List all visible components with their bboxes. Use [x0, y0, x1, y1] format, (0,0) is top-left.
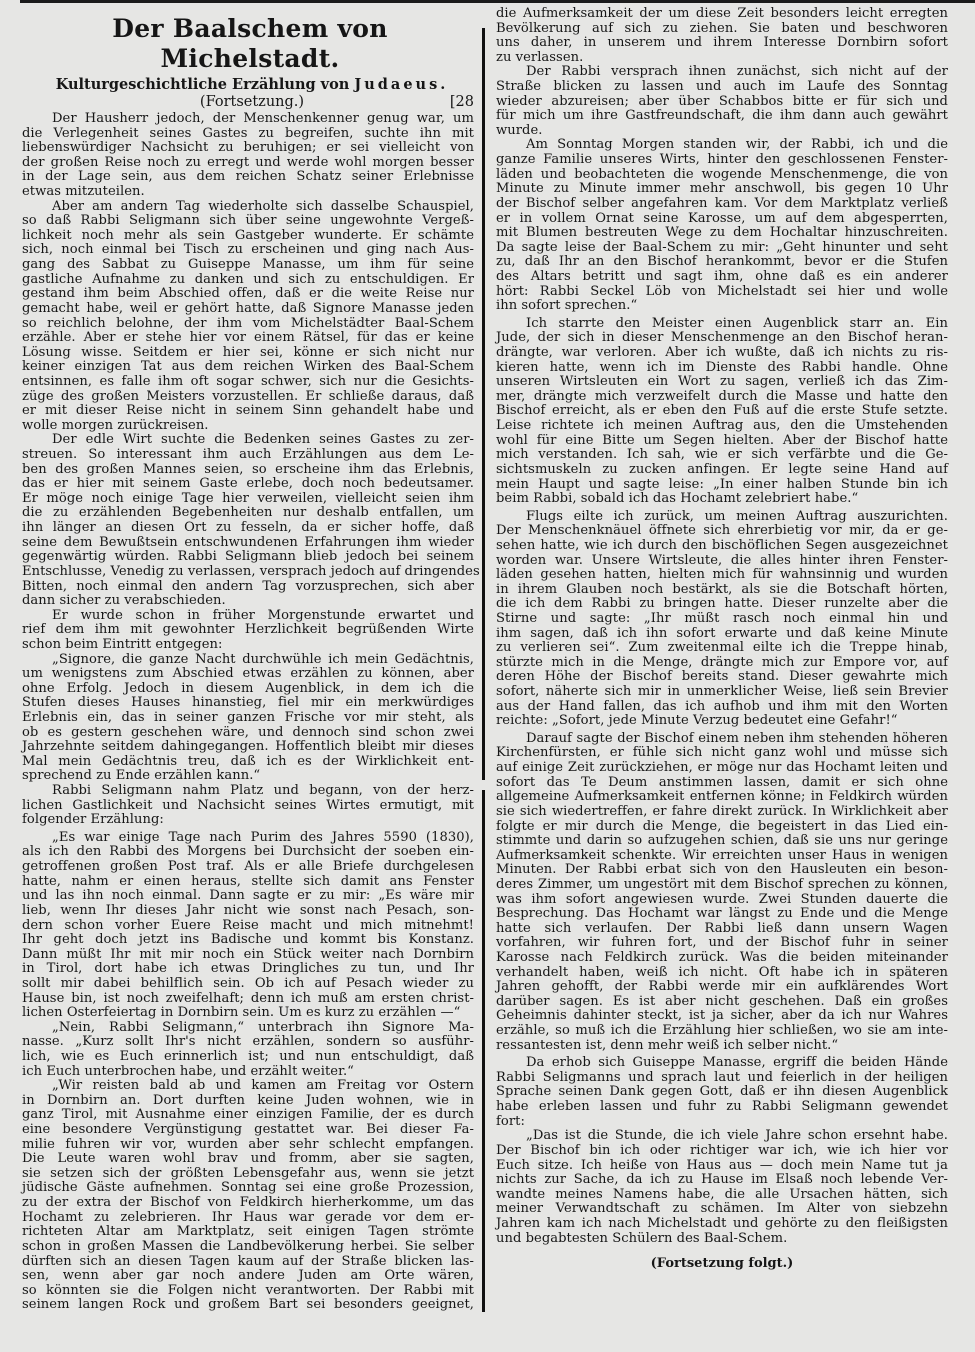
text-line: stimmte und darin so aufzugehen schien, … [496, 834, 948, 849]
text-line: Da sagte leise der Baal-Schem zu mir: „G… [496, 241, 948, 256]
text-line: ressantesten ist, denn mehr weiß ich sel… [496, 1039, 948, 1054]
paragraph: Da erhob sich Guiseppe Manasse, ergriff … [496, 1056, 948, 1129]
text-line: lichen Gastlichkeit und Nachsicht seines… [22, 799, 474, 814]
paragraph: „Signore, die ganze Nacht durchwühle ich… [22, 653, 474, 784]
left-column-text: Der Hausherr jedoch, der Menschenkenner … [22, 112, 474, 1313]
text-line: läden und beobachteten die wogende Mensc… [496, 168, 948, 183]
text-line: Der Menschenknäuel öffnete sich ehrerbie… [496, 524, 948, 539]
text-line: zu, daß Ihr an den Bischof herankommt, b… [496, 255, 948, 270]
text-line: entsinnen, es falle ihm oft sogar schwer… [22, 375, 474, 390]
paragraph: Am Sonntag Morgen standen wir, der Rabbi… [496, 138, 948, 313]
text-line: lieb, wenn Ihr dieses Jahr nicht wie son… [22, 904, 474, 919]
text-line: wandte meines Namens habe, die alle Ursa… [496, 1188, 948, 1203]
text-line: habe erleben lassen und fuhr zu Rabbi Se… [496, 1100, 948, 1115]
text-line: Minute zu Minute immer mehr anschwoll, b… [496, 182, 948, 197]
text-line: schon in großen Massen die Landbevölkeru… [22, 1240, 474, 1255]
text-line: lichkeit noch mehr als sein Gastgeber wu… [22, 229, 474, 244]
text-line: aus der Hand fallen, das ich aufhob und … [496, 700, 948, 715]
text-line: eine besondere Vergünstigung gestattet w… [22, 1123, 474, 1138]
text-line: Jahren gehofft, der Rabbi werde mir ein … [496, 980, 948, 995]
text-line: in Dornbirn an. Dort durften keine Juden… [22, 1094, 474, 1109]
continuation-line: (Fortsetzung.) [28 [30, 93, 474, 112]
text-line: als ich den Rabbi des Morgens bei Durchs… [22, 845, 474, 860]
paragraph: Ich starrte den Meister einen Augenblick… [496, 317, 948, 507]
text-line: „Signore, die ganze Nacht durchwühle ich… [22, 653, 474, 668]
text-line: läden gesehen hatten, hielten mich für w… [496, 568, 948, 583]
text-line: auf einige Zeit zurückziehen, er möge nu… [496, 761, 948, 776]
text-line: erzähle, so muß ich die Erzählung hier s… [496, 1024, 948, 1039]
text-line: sofort, näherte sich mir in unmerklicher… [496, 685, 948, 700]
installment-number: [28 [450, 93, 474, 112]
text-line: Bischof erreicht, als er eben den Fuß au… [496, 404, 948, 419]
text-line: nasse. „Kurz sollt Ihr's nicht erzählen,… [22, 1035, 474, 1050]
text-line: darüber sagen. Es ist aber nicht gescheh… [496, 995, 948, 1010]
paragraph: Er wurde schon in früher Morgenstunde er… [22, 609, 474, 653]
text-line: Stufen dieses Hauses hinanstieg, fiel mi… [22, 696, 474, 711]
text-line: der großen Reise noch zu erregt und werd… [22, 156, 474, 171]
text-line: die ich dem Rabbi zu bringen hatte. Dies… [496, 597, 948, 612]
text-line: ihm sagen, daß ich ihn sofort erwarte un… [496, 627, 948, 642]
paragraph: „Es war einige Tage nach Purim des Jahre… [22, 831, 474, 1021]
text-line: Jahrzehnte seitdem dahingegangen. Hoffen… [22, 740, 474, 755]
text-line: Leise richtete ich meinen Auftrag aus, d… [496, 419, 948, 434]
text-line: Rabbi Seligmann nahm Platz und begann, v… [22, 784, 474, 799]
text-line: wohl für eine Bitte um Segen hielten. Ab… [496, 434, 948, 449]
text-line: hört: Rabbi Seckel Löb von Michelstadt s… [496, 285, 948, 300]
text-line: und las ihn noch einmal. Dann sagte er z… [22, 889, 474, 904]
text-line: ob es gestern geschehen wäre, und dennoc… [22, 726, 474, 741]
text-line: ben des großen Mannes seien, so erschein… [22, 463, 474, 478]
text-line: gastliche Aufnahme zu danken und sich zu… [22, 273, 474, 288]
text-line: schon beim Eintritt entgegen: [22, 638, 474, 653]
paragraph: „Nein, Rabbi Seligmann,“ unterbrach ihn … [22, 1021, 474, 1079]
text-line: er mit dieser Reise nicht in seinem Sinn… [22, 404, 474, 419]
text-line: meiner Verwandtschaft zu schämen. Im Alt… [496, 1202, 948, 1217]
text-line: richteten Altar am Marktplatz, seit eini… [22, 1225, 474, 1240]
text-line: Karosse nach Feldkirch zurück. Was die b… [496, 951, 948, 966]
text-line: streuen. So interessant ihm auch Erzählu… [22, 448, 474, 463]
text-line: jüdische Gäste aufnehmen. Sonntag sei ei… [22, 1181, 474, 1196]
paragraph: Der Hausherr jedoch, der Menschenkenner … [22, 112, 474, 200]
text-line: so könnten sie die Folgen nicht verantwo… [22, 1284, 474, 1299]
text-line: drängte, war verloren. Aber ich wußte, d… [496, 346, 948, 361]
text-line: gang des Sabbat zu Guiseppe Manasse, um … [22, 258, 474, 273]
text-line: Mal mein Gedächtnis treu, daß ich es der… [22, 755, 474, 770]
text-line: lichen Osterfeiertag in Dornbirn sein. U… [22, 1006, 474, 1021]
text-line: reichte: „Sofort, jede Minute Verzug bed… [496, 714, 948, 729]
text-line: Der Hausherr jedoch, der Menschenkenner … [22, 112, 474, 127]
text-line: gemacht habe, weil er gehört hatte, daß … [22, 302, 474, 317]
text-line: sen, wenn aber gar noch andere Juden am … [22, 1269, 474, 1284]
text-line: Erlebnis ein, das in seiner ganzen Frisc… [22, 711, 474, 726]
text-line: getroffenen großen Post traf. Als er all… [22, 860, 474, 875]
text-line: Am Sonntag Morgen standen wir, der Rabbi… [496, 138, 948, 153]
text-line: Euch sitze. Ich heiße von Haus aus — doc… [496, 1159, 948, 1174]
text-line: Ich starrte den Meister einen Augenblick… [496, 317, 948, 332]
subtitle-text: Kulturgeschichtliche Erzählung von [56, 76, 350, 93]
text-line: sie setzen sich der größten Lebensgefahr… [22, 1167, 474, 1182]
text-line: dern schon vorher Euere Reise macht und … [22, 919, 474, 934]
text-line: Jude, der sich in dieser Menschenmenge a… [496, 331, 948, 346]
text-line: liebenswürdiger Nachsicht zu beruhigen; … [22, 141, 474, 156]
text-line: die Aufmerksamkeit der um diese Zeit bes… [496, 7, 948, 22]
text-line: Stirne und sagte: „Ihr müßt rasch noch e… [496, 612, 948, 627]
text-line: gegenwärtig würden. Rabbi Seligmann blie… [22, 550, 474, 565]
continuation-label: (Fortsetzung.) [200, 94, 304, 110]
text-line: ihn sofort sprechen.“ [496, 299, 948, 314]
text-line: „Wir reisten bald ab und kamen am Freita… [22, 1079, 474, 1094]
text-line: seine dem Bewußtsein entschwundenen Erfa… [22, 536, 474, 551]
text-line: erzähle. Aber er stehe hier vor einem Rä… [22, 331, 474, 346]
paragraph: „Das ist die Stunde, die ich viele Jahre… [496, 1129, 948, 1246]
text-line: deren Höhe der Bischof bereits stand. Di… [496, 670, 948, 685]
text-line: sollt mir dabei behilflich sein. Ob ich … [22, 977, 474, 992]
text-line: Aber am andern Tag wiederholte sich dass… [22, 200, 474, 215]
paragraph: Flugs eilte ich zurück, um meinen Auftra… [496, 510, 948, 729]
text-line: des Altars betritt und sagt ihm, ohne da… [496, 270, 948, 285]
text-line: Flugs eilte ich zurück, um meinen Auftra… [496, 510, 948, 525]
text-line: hatte sich verlaufen. Der Rabbi ließ dan… [496, 922, 948, 937]
text-line: ganz Tirol, mit Ausnahme einer einzigen … [22, 1108, 474, 1123]
text-line: so reichlich belohne, der ihm vom Michel… [22, 317, 474, 332]
text-line: vorfahren, wir fuhren fort, und der Bisc… [496, 936, 948, 951]
text-line: mich verstanden. Ich sah, wie er sich ve… [496, 448, 948, 463]
text-line: mein Haupt und sagte leise: „In einer ha… [496, 478, 948, 493]
text-line: wurde. [496, 124, 948, 139]
text-line: dürften sich an diesen Tagen kaum auf de… [22, 1255, 474, 1270]
text-line: die zu erzählenden Begebenheiten nur des… [22, 506, 474, 521]
paragraph: Der edle Wirt suchte die Bedenken seines… [22, 433, 474, 608]
text-line: Sprache seinen Dank gegen Gott, daß er i… [496, 1085, 948, 1100]
text-line: Darauf sagte der Bischof einem neben ihm… [496, 732, 948, 747]
text-line: Da erhob sich Guiseppe Manasse, ergriff … [496, 1056, 948, 1071]
text-line: Der Bischof bin ich oder richtiger war i… [496, 1144, 948, 1159]
right-column: die Aufmerksamkeit der um diese Zeit bes… [496, 0, 948, 1271]
text-line: das er hier mit seinem Gaste erlebe, doc… [22, 477, 474, 492]
text-line: Besprechung. Das Hochamt war längst zu E… [496, 907, 948, 922]
text-line: was ihm sofort angewiesen wurde. Zwei St… [496, 893, 948, 908]
text-line: mer, drängte mich verzweifelt durch die … [496, 390, 948, 405]
text-line: „Das ist die Stunde, die ich viele Jahre… [496, 1129, 948, 1144]
text-line: keiner einzigen Tat aus dem reichen Wirk… [22, 360, 474, 375]
paragraph: „Wir reisten bald ab und kamen am Freita… [22, 1079, 474, 1313]
text-line: allgemeine Aufmerksamkeit entfernen könn… [496, 790, 948, 805]
text-line: für mich um ihre Gastfreundschaft, die i… [496, 109, 948, 124]
text-line: ganze Familie unseres Wirts, hinter den … [496, 153, 948, 168]
text-line: sich, noch einmal bei Tisch zu erscheine… [22, 243, 474, 258]
paragraph: Der Rabbi versprach ihnen zunächst, sich… [496, 65, 948, 138]
text-line: Jahren kam ich nach Michelstadt und gehö… [496, 1217, 948, 1232]
paragraph: Darauf sagte der Bischof einem neben ihm… [496, 732, 948, 1053]
text-line: Bevölkerung auf sich zu ziehen. Sie bate… [496, 22, 948, 37]
text-line: sprechend zu Ende erzählen kann.“ [22, 769, 474, 784]
text-line: wieder abzureisen; aber über Schabbos bi… [496, 95, 948, 110]
text-line: in Tirol, dort habe ich etwas Dringliche… [22, 962, 474, 977]
text-line: rief dem ihm mit gewohnter Herzlichkeit … [22, 623, 474, 638]
text-line: unseren Wirtsleuten ein Wort zu sagen, v… [496, 375, 948, 390]
text-line: Kirchenfürsten, er fühle sich nicht ganz… [496, 746, 948, 761]
text-line: deres Zimmer, um ungestört mit dem Bisch… [496, 878, 948, 893]
text-line: Aufmerksamkeit schenkte. Wir erreichten … [496, 849, 948, 864]
text-line: wolle morgen zurückreisen. [22, 419, 474, 434]
text-line: in ihrem Glauben noch bestärkt, als sie … [496, 583, 948, 598]
text-line: Dann müßt Ihr mit mir noch ein Stück wei… [22, 948, 474, 963]
text-line: Er möge noch einige Tage hier verweilen,… [22, 492, 474, 507]
text-line: Die Leute waren wohl brav und fromm, abe… [22, 1152, 474, 1167]
text-line: seinem langen Rock und großem Bart sei b… [22, 1298, 474, 1313]
text-line: verhandelt haben, weiß ich nicht. Oft ha… [496, 966, 948, 981]
text-line: mit Blumen bestreuten Wege zu dem Hochal… [496, 226, 948, 241]
article-subtitle: Kulturgeschichtliche Erzählung von Judae… [30, 76, 474, 93]
article-title: Der Baalschem von Michelstadt. [26, 14, 474, 74]
text-line: Hochamt zu zelebrieren. Ihr Haus war ger… [22, 1211, 474, 1226]
text-line: die Verlegenheit seines Gastes zu begrei… [22, 127, 474, 142]
text-line: dann sicher zu verabschieden. [22, 594, 474, 609]
text-line: sichtsmuskeln zu zucken anfingen. Er leg… [496, 463, 948, 478]
text-line: zu der extra der Bischof von Feldkirch h… [22, 1196, 474, 1211]
text-line: zu verlieren sei“. Zum zweitenmal eilte … [496, 641, 948, 656]
text-line: Geheimnis dahinter steckt, ist ja sicher… [496, 1009, 948, 1024]
text-line: Ihr geht doch jetzt ins Badische und kom… [22, 933, 474, 948]
text-line: stürzte mich in die Menge, drängte mich … [496, 656, 948, 671]
text-line: ihn länger an diesen Ort zu fesseln, da … [22, 521, 474, 536]
text-line: „Nein, Rabbi Seligmann,“ unterbrach ihn … [22, 1021, 474, 1036]
text-line: etwas mitzuteilen. [22, 185, 474, 200]
text-line: fort: [496, 1115, 948, 1130]
text-line: beim Rabbi, sobald ich das Hochamt zeleb… [496, 492, 948, 507]
text-line: milie fuhren wir vor, wurden aber sehr s… [22, 1138, 474, 1153]
paragraph: Aber am andern Tag wiederholte sich dass… [22, 200, 474, 434]
text-line: er in vollem Ornat seine Karosse, um auf… [496, 212, 948, 227]
text-line: Der Rabbi versprach ihnen zunächst, sich… [496, 65, 948, 80]
column-divider [482, 28, 485, 780]
text-line: sie sich wiedertreffen, er fahre direkt … [496, 805, 948, 820]
text-line: gestand ihm beim Abschied offen, daß er … [22, 287, 474, 302]
text-line: sehen hatte, wie ich durch den bischöfli… [496, 539, 948, 554]
text-line: zu verlassen. [496, 51, 948, 66]
column-divider [482, 790, 485, 1312]
author-name: Judaeus. [354, 76, 448, 93]
paragraph: die Aufmerksamkeit der um diese Zeit bes… [496, 7, 948, 65]
text-line: lich, wie es Euch erinnerlich ist; und n… [22, 1050, 474, 1065]
text-line: so daß Rabbi Seligmann sich über seine u… [22, 214, 474, 229]
text-line: Er wurde schon in früher Morgenstunde er… [22, 609, 474, 624]
text-line: um wenigstens zum Abschied etwas erzähle… [22, 667, 474, 682]
continuation-notice: (Fortsetzung folgt.) [496, 1256, 948, 1271]
text-line: worden war. Unsere Wirtsleute, die alles… [496, 554, 948, 569]
text-line: Lösung wisse. Seitdem er hier sei, könne… [22, 346, 474, 361]
text-line: der Bischof selber angefahren kam. Vor d… [496, 197, 948, 212]
text-line: uns daher, in unserem und ihrem Interess… [496, 36, 948, 51]
text-line: hatte, nahm er einen heraus, stellte sic… [22, 875, 474, 890]
text-line: züge des großen Meisters vorzustellen. E… [22, 390, 474, 405]
text-line: Straße blicken zu lassen und auch im Lau… [496, 80, 948, 95]
text-line: Rabbi Seligmanns und sprach laut und fei… [496, 1071, 948, 1086]
text-line: Hause bin, ist noch zweifelhaft; denn ic… [22, 992, 474, 1007]
text-line: Bitten, noch einmal den andern Tag vorzu… [22, 580, 474, 595]
paragraph: Rabbi Seligmann nahm Platz und begann, v… [22, 784, 474, 828]
text-line: Der edle Wirt suchte die Bedenken seines… [22, 433, 474, 448]
text-line: ohne Erfolg. Jedoch in diesem Augenblick… [22, 682, 474, 697]
text-line: sofort das Te Deum anstimmen lassen, dam… [496, 776, 948, 791]
text-line: Entschlusse, Venedig zu verlassen, versp… [22, 565, 474, 580]
text-line: ich Euch unterbrochen habe, und erzählt … [22, 1065, 474, 1080]
text-line: „Es war einige Tage nach Purim des Jahre… [22, 831, 474, 846]
text-line: folgender Erzählung: [22, 813, 474, 828]
text-line: folgte er mir durch die Menge, die begei… [496, 820, 948, 835]
right-column-text: die Aufmerksamkeit der um diese Zeit bes… [496, 7, 948, 1246]
text-line: kieren hatte, wenn ich im Dienste des Ra… [496, 361, 948, 376]
text-line: in der Lage sein, aus dem reichen Schatz… [22, 170, 474, 185]
text-line: Minuten. Der Rabbi erbat sich von den Ha… [496, 863, 948, 878]
text-line: nichts zur Sache, da ich zu Hause im Els… [496, 1173, 948, 1188]
left-column: Der Baalschem von Michelstadt. Kulturges… [22, 0, 474, 1313]
text-line: und begabtesten Schülern des Baal-Schem. [496, 1232, 948, 1247]
